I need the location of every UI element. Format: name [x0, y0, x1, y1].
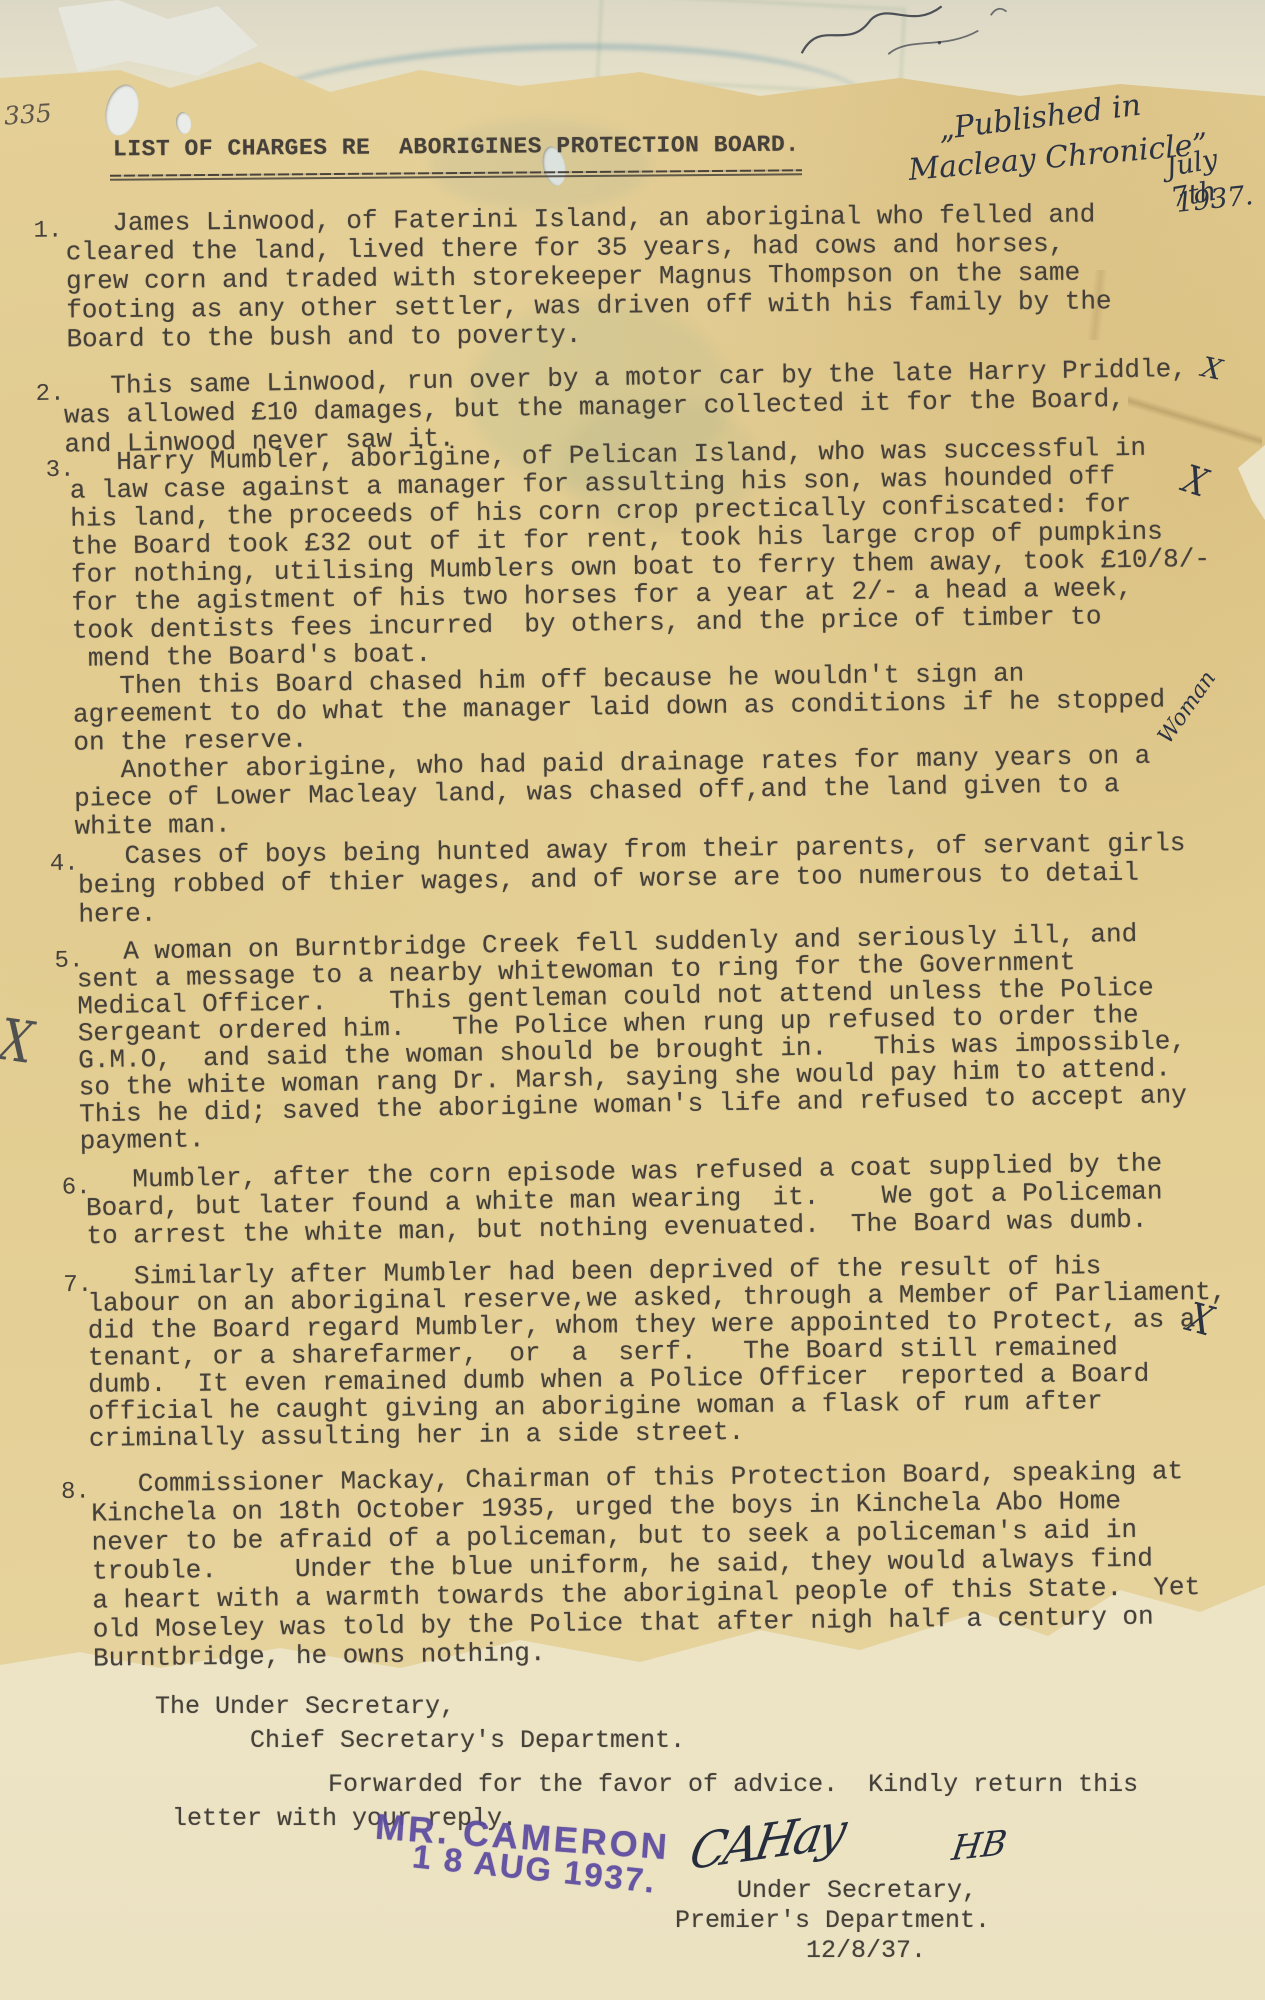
item-text: A woman on Burntbridge Creek fell sudden…	[76, 920, 1187, 1155]
charge-item-5: 5. A woman on Burntbridge Creek fell sud…	[54, 920, 1187, 1156]
item-text: Cases of boys being hunted away from the…	[78, 829, 1187, 930]
item-number: 4.	[50, 851, 79, 878]
item-text: Mumbler, after the corn episode was refu…	[85, 1149, 1163, 1250]
item-number: 2.	[36, 381, 65, 408]
item-number: 8.	[61, 1479, 90, 1506]
signature: CAHay	[686, 1802, 849, 1881]
page-title: LIST OF CHARGES RE ABORIGINES PROTECTION…	[113, 132, 800, 163]
charge-item-8: 8. Commissioner Mackay, Chairman of this…	[61, 1457, 1201, 1674]
item-text: Harry Mumbler, aborigine, of Pelican Isl…	[69, 433, 1213, 841]
item-text: Commissioner Mackay, Chairman of this Pr…	[91, 1457, 1201, 1674]
recipient-line1: The Under Secretary,	[155, 1692, 455, 1721]
item-number: 6.	[62, 1174, 91, 1201]
charge-item-4: 4. Cases of boys being hunted away from …	[50, 829, 1187, 930]
forward-note-line1: Forwarded for the favor of advice. Kindl…	[328, 1770, 1138, 1799]
charge-item-7: 7. Similarly after Mumbler had been depr…	[63, 1252, 1228, 1453]
signer-date: 12/8/37.	[806, 1936, 926, 1965]
signature-initials: HB	[949, 1823, 1009, 1870]
charge-item-6: 6. Mumbler, after the corn episode was r…	[61, 1149, 1163, 1250]
item-number: 5.	[54, 947, 83, 974]
item-text: Similarly after Mumbler had been deprive…	[87, 1252, 1228, 1453]
torn-paper-scrap	[58, 0, 258, 76]
recipient-line2: Chief Secretary's Department.	[250, 1726, 685, 1755]
document-scan: 335 LIST OF CHARGES RE ABORIGINES PROTEC…	[0, 0, 1265, 2000]
signer-title: Under Secretary,	[737, 1876, 977, 1905]
charge-item-1: 1. James Linwood, of Faterini Island, an…	[33, 200, 1112, 354]
charge-item-3: 3. Harry Mumbler, aborigine, of Pelican …	[45, 433, 1213, 841]
item-number: 7.	[63, 1272, 92, 1299]
item-text: James Linwood, of Faterini Island, an ab…	[65, 200, 1112, 354]
signer-department: Premier's Department.	[675, 1906, 990, 1935]
item-number: 3.	[45, 457, 74, 484]
item-number: 1.	[33, 217, 62, 244]
pen-scribble	[785, 0, 1030, 74]
page-number-note: 335	[3, 98, 53, 130]
